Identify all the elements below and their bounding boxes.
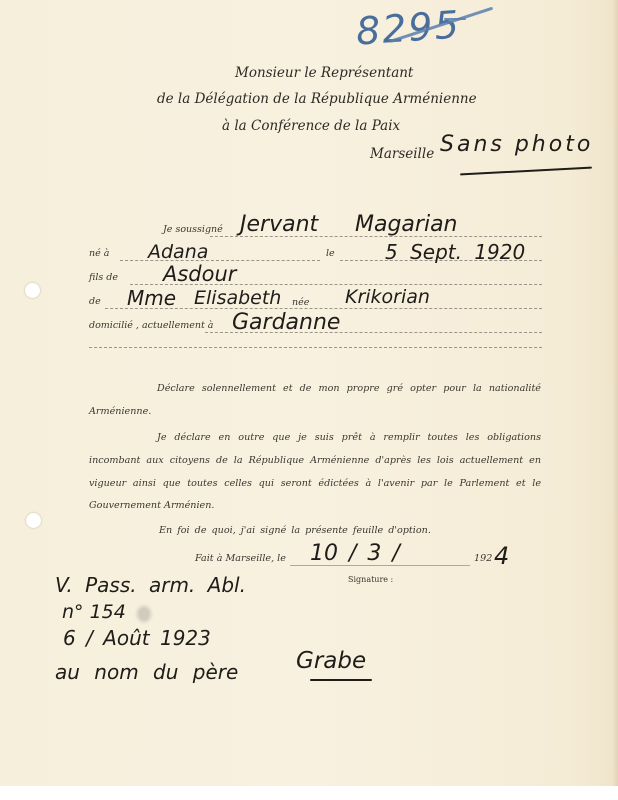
margin-note-line2: n° 154 bbox=[62, 601, 126, 623]
mother-maiden-name: Krikorian bbox=[345, 286, 430, 308]
mother-title: Mme bbox=[127, 286, 176, 310]
son-of-label: fils de bbox=[89, 272, 118, 283]
header-line-1: Monsieur le Représentant bbox=[235, 65, 413, 81]
serial-number: 8295 bbox=[355, 2, 463, 53]
header-annotation: Sans photo bbox=[440, 132, 593, 157]
page-edge-shadow bbox=[612, 0, 618, 786]
domicile-value: Gardanne bbox=[232, 310, 340, 335]
undersigned-label: Je soussigné bbox=[163, 224, 223, 235]
declaration-para2-line1: Je déclare en outre que je suis prêt à r… bbox=[157, 432, 541, 443]
header-line-2: de la Délégation de la République Arméni… bbox=[157, 91, 477, 107]
declaration-para2-line4: Gouvernement Arménien. bbox=[89, 500, 214, 511]
declaration-para1-line1: Déclare solennellement et de mon propre … bbox=[157, 383, 541, 394]
undersigned-last-name: Magarian bbox=[355, 212, 458, 237]
extra-blank-line bbox=[89, 347, 542, 348]
margin-signature-underline bbox=[310, 679, 372, 681]
born-at-value: Adana bbox=[148, 241, 208, 263]
punch-hole-lower bbox=[26, 513, 41, 528]
punch-hole-upper bbox=[25, 283, 40, 298]
born-at-label: né à bbox=[89, 248, 109, 259]
declaration-para2-line3: vigueur ainsi que toutes celles qui sero… bbox=[89, 478, 541, 489]
mother-first-name: Elisabeth bbox=[194, 287, 281, 309]
undersigned-first-name: Jervant bbox=[240, 212, 318, 237]
header-annotation-underline bbox=[460, 167, 592, 176]
year-suffix: 4 bbox=[494, 542, 509, 570]
margin-note-line4: au nom du père bbox=[55, 660, 238, 684]
declaration-para2-line2: incombant aux citoyens de la République … bbox=[89, 455, 541, 466]
father-name: Asdour bbox=[163, 262, 236, 286]
maiden-label: née bbox=[292, 297, 309, 308]
signature-label: Signature : bbox=[348, 575, 393, 584]
header-line-3: à la Conférence de la Paix bbox=[222, 118, 400, 134]
mother-label: de bbox=[89, 296, 101, 307]
header-city: Marseille bbox=[370, 146, 434, 162]
declaration-para3: En foi de quoi, j'ai signé la présente f… bbox=[159, 525, 431, 536]
domicile-label: domicilié , actuellement à bbox=[89, 320, 213, 331]
born-on-label: le bbox=[326, 248, 335, 259]
place-label: Fait à Marseille, le bbox=[195, 553, 286, 564]
margin-note-signature: Grabe bbox=[296, 648, 366, 674]
born-on-value: 5 Sept. 1920 bbox=[385, 240, 525, 264]
margin-note-line1: V. Pass. arm. Abl. bbox=[55, 573, 246, 597]
margin-note-line3: 6 / Août 1923 bbox=[63, 626, 211, 650]
document-page: 8295 Monsieur le Représentant de la Délé… bbox=[0, 0, 618, 786]
year-prefix: 192 bbox=[474, 553, 492, 564]
declaration-para1-line2: Arménienne. bbox=[89, 406, 151, 417]
date-value: 10 / 3 / bbox=[310, 541, 400, 566]
ink-smudge bbox=[137, 606, 151, 622]
